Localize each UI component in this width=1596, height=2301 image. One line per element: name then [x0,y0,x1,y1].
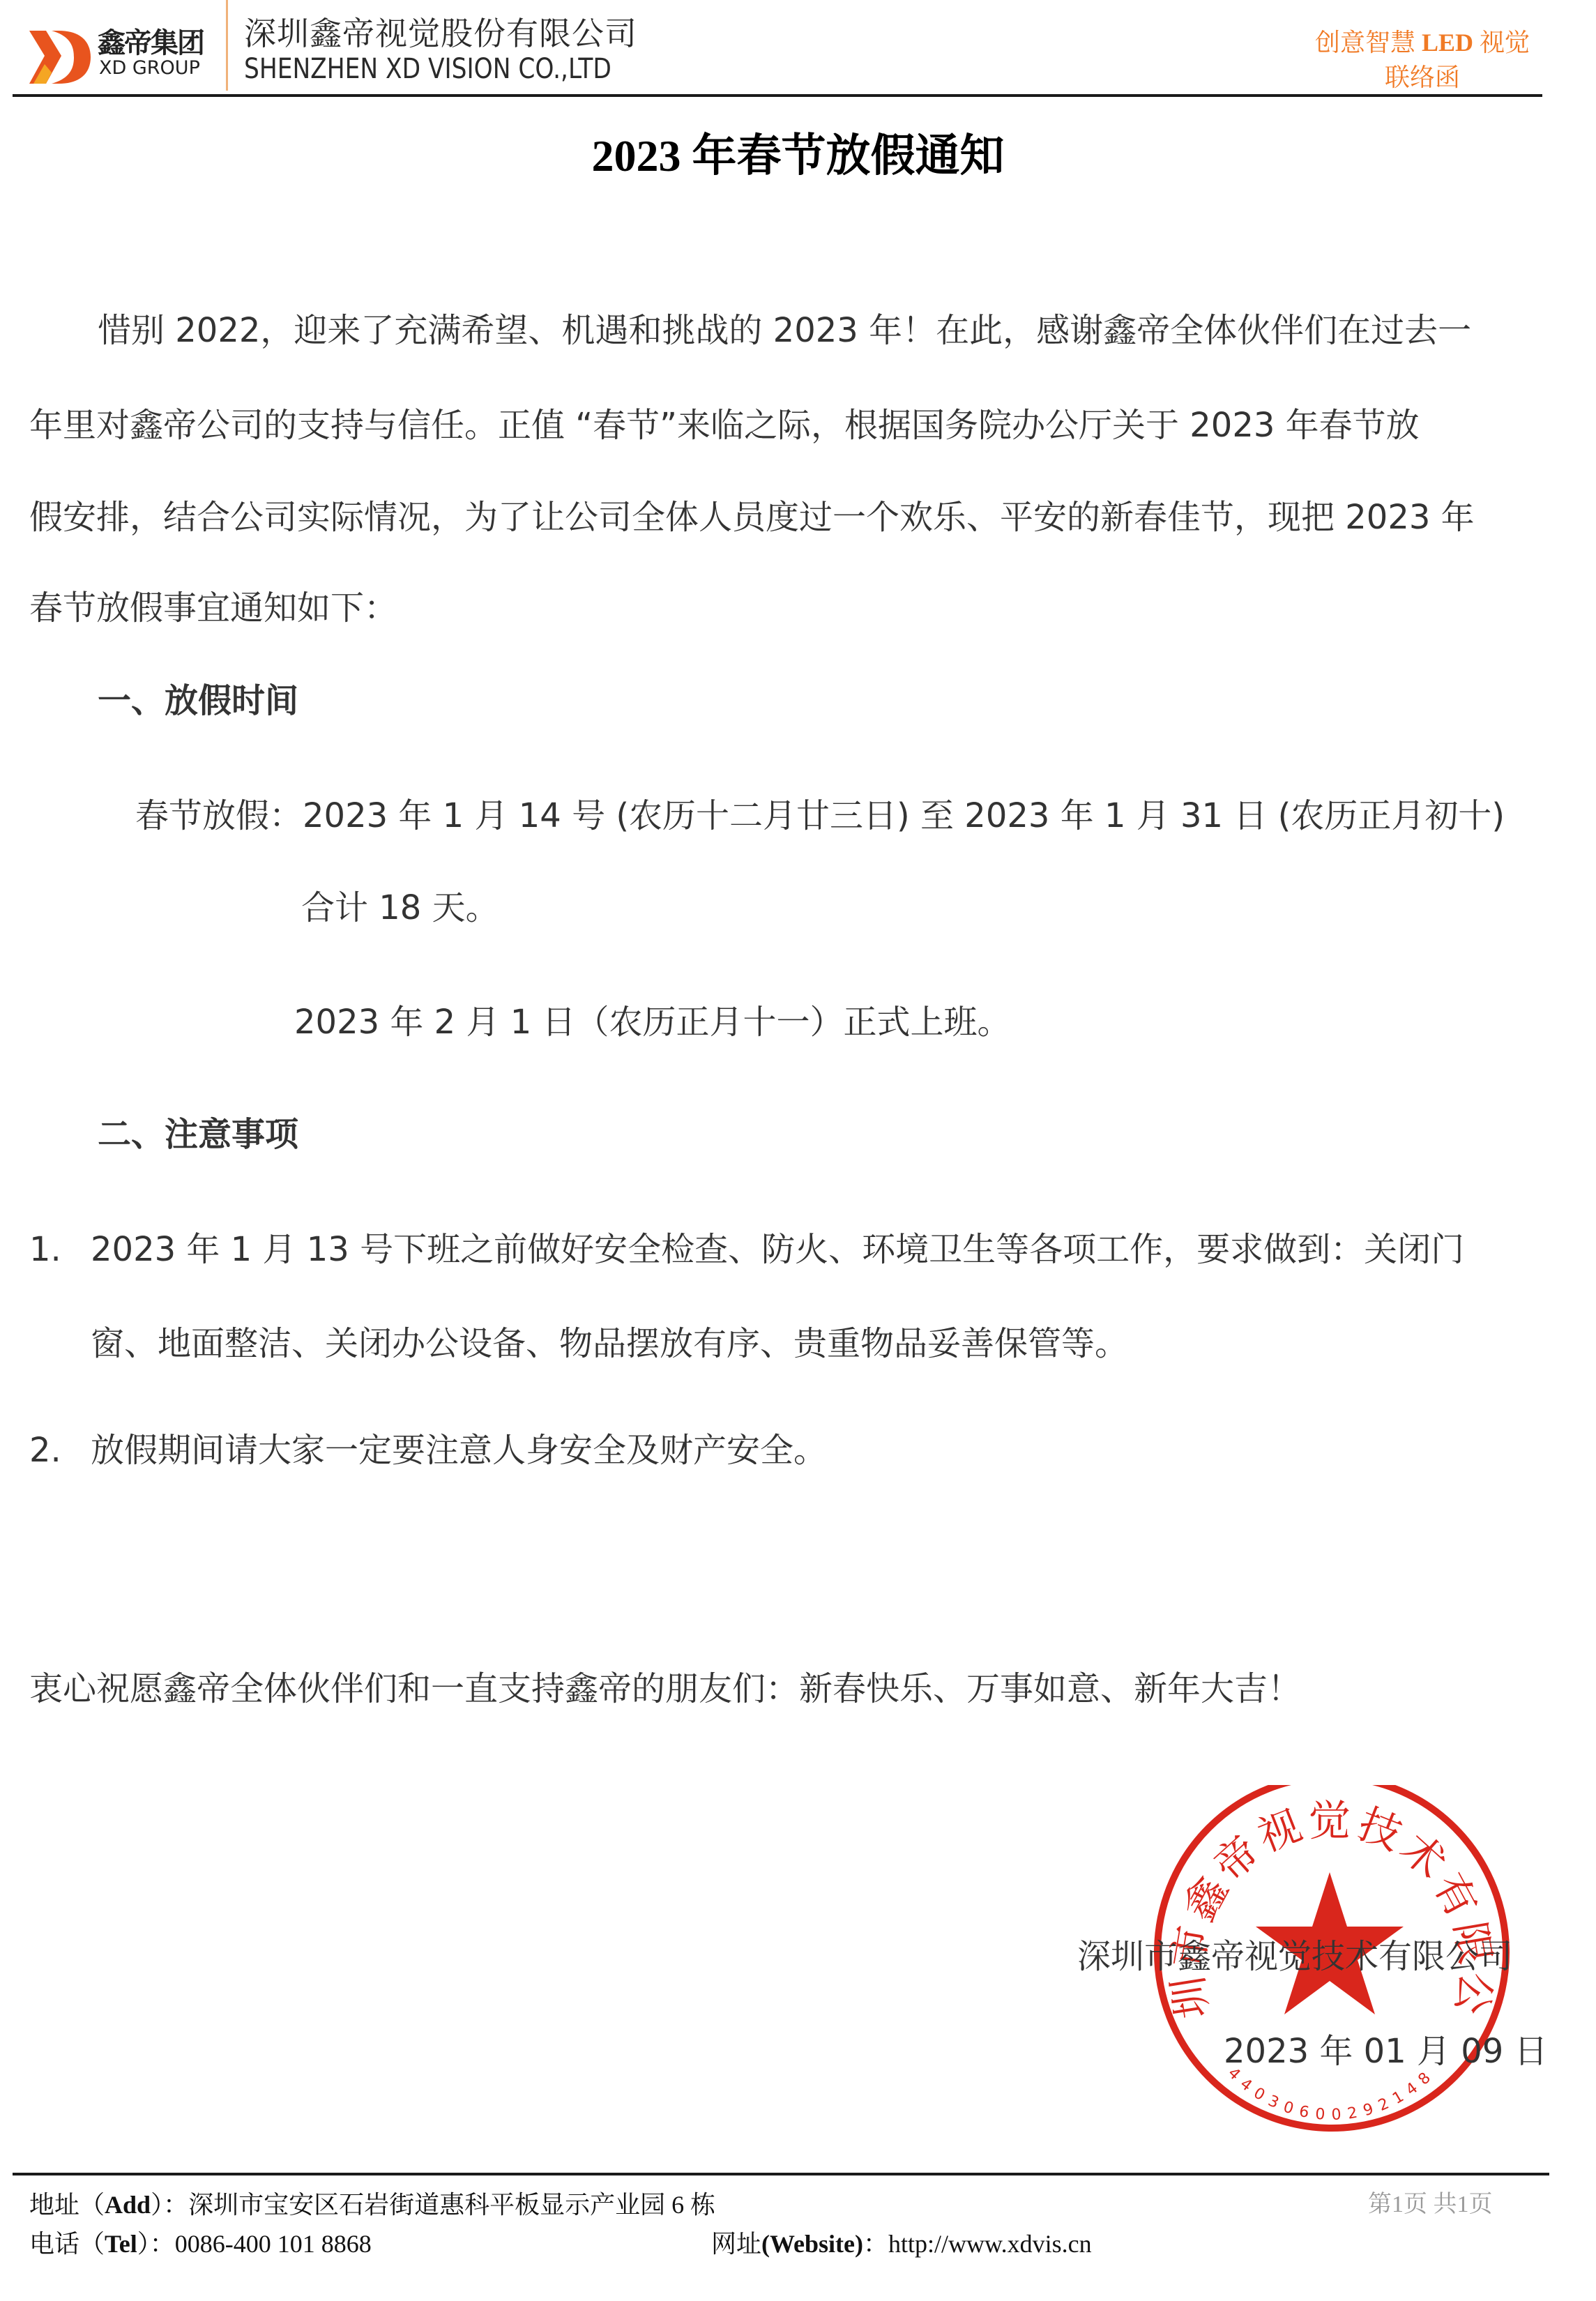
slogan-prefix: 创意智慧 [1315,29,1422,56]
list-item-number-1: 1. [29,1229,61,1270]
logo-text-cn: 鑫帝集团 [98,21,204,61]
company-name-en: SHENZHEN XD VISION CO.,LTD [244,53,611,85]
holiday-total-line: 合计 18 天。 [301,887,499,929]
website-label-end: ： [863,2230,888,2258]
closing-greeting: 衷心祝愿鑫帝全体伙伴们和一直支持鑫帝的朋友们：新春快乐、万事如意、新年大吉！ [29,1668,1301,1710]
svg-text:44030600292148: 44030600292148 [1224,2065,1439,2124]
footer-tel: 电话（Tel）：0086-400 101 8868 [29,2228,372,2259]
address-label-end: ）： [151,2191,188,2219]
list-item-1-line-1: 2023 年 1 月 13 号下班之前做好安全检查、防火、环境卫生等各项工作，要… [91,1229,1464,1270]
section-heading-holiday-time: 一、放假时间 [98,680,298,722]
intro-line-1: 惜别 2022，迎来了充满希望、机遇和挑战的 2023 年！在此，感谢鑫帝全体伙… [98,310,1471,351]
holiday-period-line: 春节放假：2023 年 1 月 14 号 (农历十二月廿三日) 至 2023 年… [135,795,1505,837]
signature-date: 2023 年 01 月 09 日 [1224,2030,1548,2072]
intro-line-2: 年里对鑫帝公司的支持与信任。正值 “春节”来临之际，根据国务院办公厅关于 202… [29,404,1420,446]
header-rule [13,94,1542,97]
return-to-work-line: 2023 年 2 月 1 日（农历正月十一）正式上班。 [294,1001,1011,1043]
website-link[interactable]: http://www.xdvis.cn [888,2230,1092,2258]
address-label-en: Add [105,2191,151,2219]
tel-label: 电话（ [29,2230,105,2258]
footer-rule [13,2173,1549,2175]
tel-value: 0086-400 101 8868 [175,2230,372,2258]
intro-line-4: 春节放假事宜通知如下： [29,587,397,629]
list-item-1-line-2: 窗、地面整洁、关闭办公设备、物品摆放有序、贵重物品妥善保管等。 [91,1323,1128,1365]
tel-label-en: Tel [105,2230,137,2258]
footer-website: 网址(Website)：http://www.xdvis.cn [711,2228,1092,2259]
doc-type: 联络函 [1255,60,1590,95]
section-heading-notes: 二、注意事项 [98,1114,298,1155]
logo-text-en: XD GROUP [99,57,200,79]
address-value: 深圳市宝安区石岩街道惠科平板显示产业园 6 栋 [188,2191,715,2219]
header-divider [226,0,228,91]
page-title: 2023 年春节放假通知 [0,120,1596,184]
website-label-en: (Website) [761,2230,863,2258]
signature-company: 深圳市鑫帝视觉技术有限公司 [1077,1936,1512,1977]
list-item-number-2: 2. [29,1429,61,1471]
slogan-bold: LED [1422,29,1473,56]
tel-label-end: ）： [137,2230,175,2258]
company-name-cn: 深圳鑫帝视觉股份有限公司 [244,8,637,54]
list-item-2-line-1: 放假期间请大家一定要注意人身安全及财产安全。 [91,1429,827,1471]
slogan-line: 创意智慧 LED 视觉 [1255,25,1590,60]
intro-line-3: 假安排，结合公司实际情况，为了让公司全体人员度过一个欢乐、平安的新春佳节，现把 … [29,496,1475,538]
header-slogan: 创意智慧 LED 视觉 联络函 [1255,25,1590,95]
slogan-suffix: 视觉 [1473,29,1530,56]
address-label: 地址（ [29,2191,105,2219]
seal-code: 44030600292148 [1224,2065,1439,2124]
website-label: 网址 [711,2230,761,2258]
xd-group-logo-icon [28,28,91,86]
footer-address: 地址（Add）：深圳市宝安区石岩街道惠科平板显示产业园 6 栋 [29,2189,715,2220]
page-indicator: 第1页 共1页 [1368,2189,1493,2220]
